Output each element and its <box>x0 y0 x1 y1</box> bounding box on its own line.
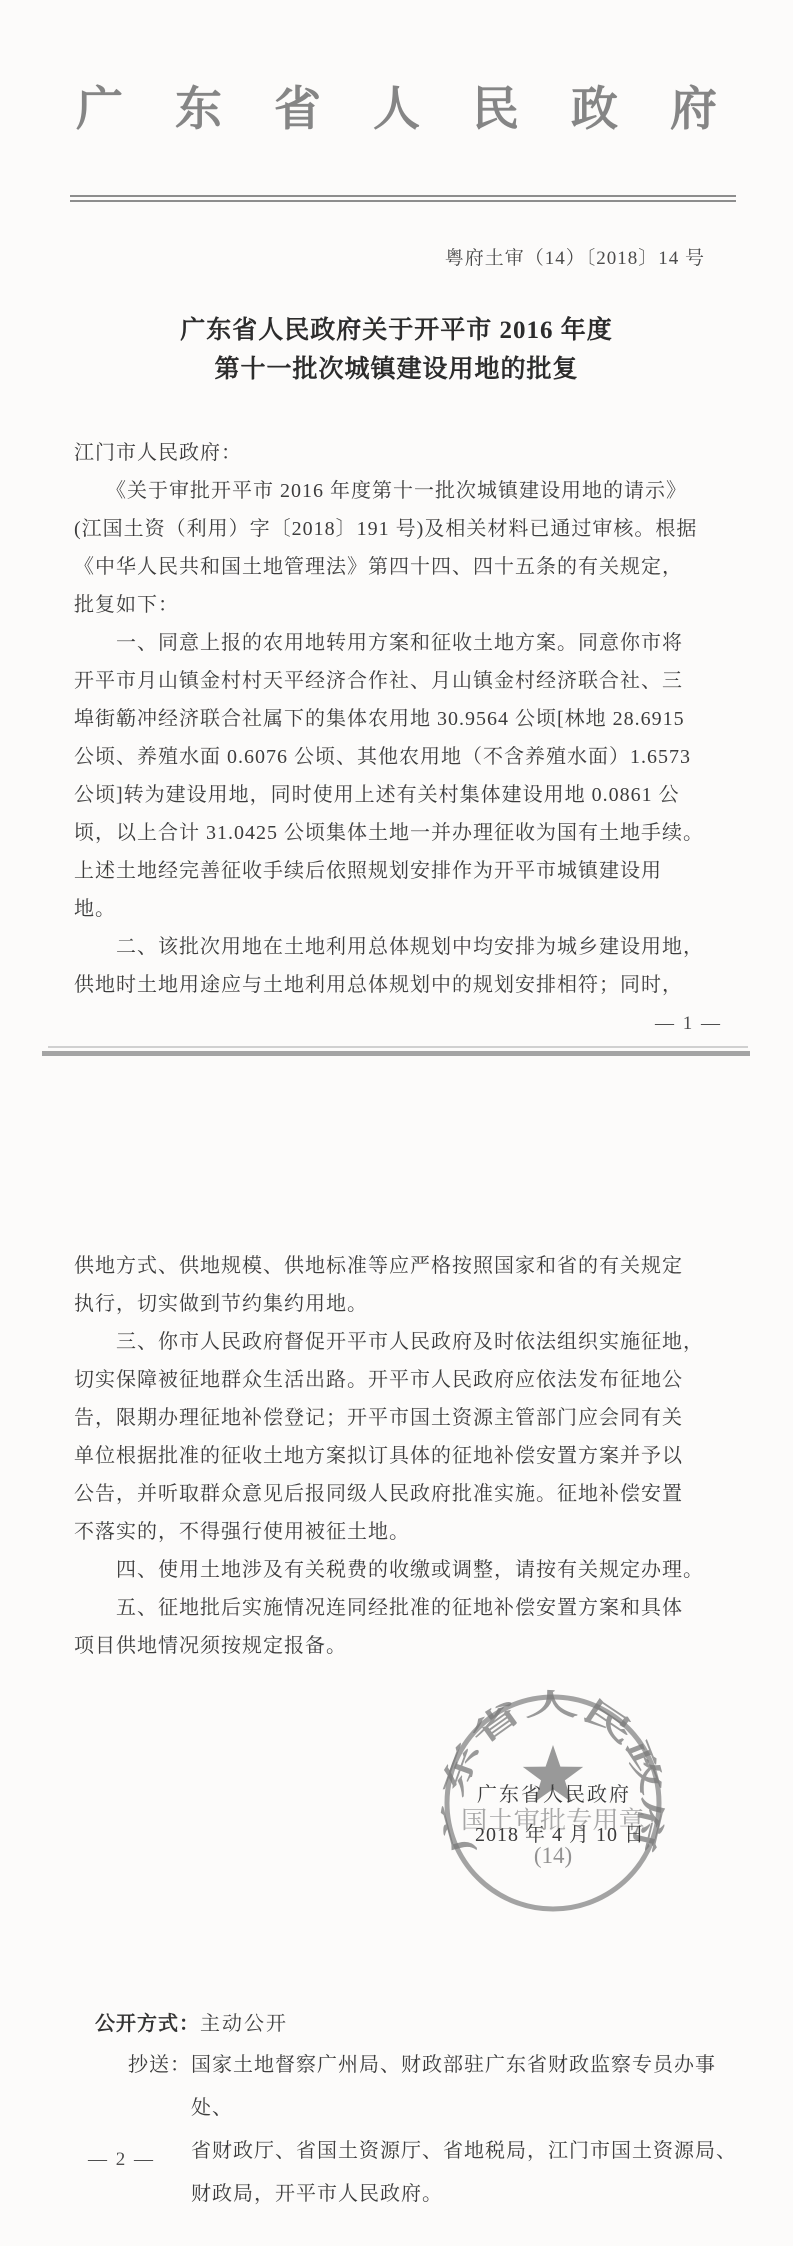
document-title: 广东省人民政府关于开平市 2016 年度 第十一批次城镇建设用地的批复 <box>0 311 793 389</box>
page1-body-text: 江门市人民政府： 《关于审批开平市 2016 年度第十一批次城镇建设用地的请示》… <box>74 434 746 1004</box>
issuer-banner-title: 广东省人民政府 <box>0 72 793 139</box>
header-double-rule <box>70 195 736 202</box>
document-title-line2: 第十一批次城镇建设用地的批复 <box>0 350 793 389</box>
publicity-method-value: 主动公开 <box>200 2013 288 2035</box>
carbon-copy-row: 抄送： 国家土地督察广州局、财政部驻广东省财政监察专员办事处、 省财政厅、省国土… <box>128 2044 757 2216</box>
document-number: 粤府土审（14）〔2018〕14 号 <box>445 243 705 270</box>
page2-page-number: — 2 — <box>88 2149 155 2171</box>
page-divider-thin-line <box>48 1046 748 1048</box>
publicity-method-label: 公开方式： <box>95 2013 200 2035</box>
signature-authority: 广东省人民政府 <box>477 1778 631 1807</box>
carbon-copy-recipients: 国家土地督察广州局、财政部驻广东省财政监察专员办事处、 省财政厅、省国土资源厅、… <box>191 2044 757 2216</box>
page1-page-number: — 1 — <box>655 1013 722 1035</box>
page2-body-text: 供地方式、供地规模、供地标准等应严格按照国家和省的有关规定 执行，切实做到节约集… <box>74 1247 746 1665</box>
signature-date: 2018 年 4 月 10 日 <box>475 1818 645 1847</box>
scanned-document: 广东省人民政府 粤府土审（14）〔2018〕14 号 广东省人民政府关于开平市 … <box>0 0 793 2246</box>
document-title-line1: 广东省人民政府关于开平市 2016 年度 <box>0 311 793 350</box>
publicity-method-row: 公开方式：主动公开 <box>95 2007 288 2036</box>
carbon-copy-label: 抄送： <box>128 2044 191 2087</box>
page-divider-thick-line <box>42 1051 750 1056</box>
